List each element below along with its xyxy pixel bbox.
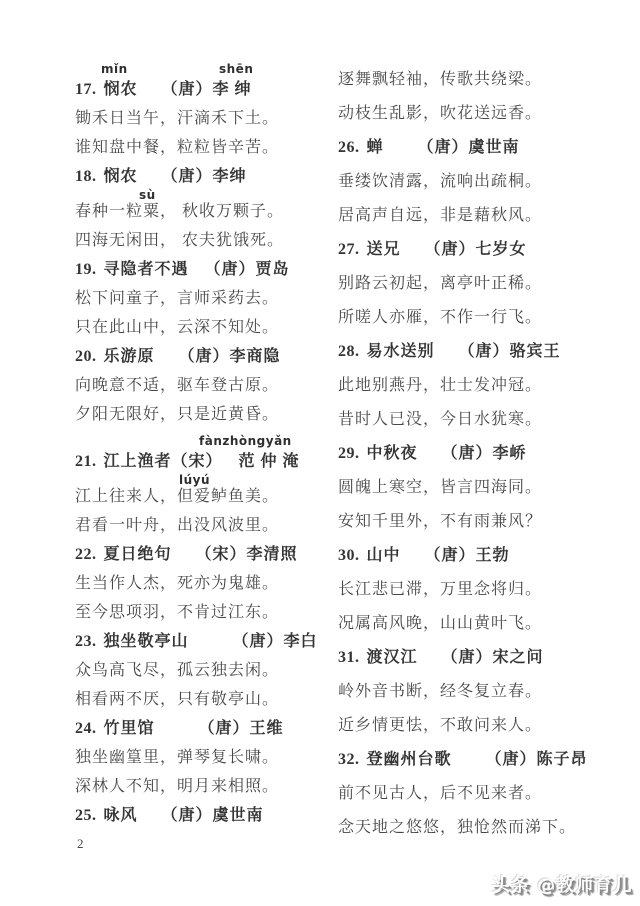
verse-line: 谁知盘中餐，粒粒皆辛苦。	[75, 138, 330, 158]
poem-title: 乐游原	[104, 348, 155, 365]
verse-line: 圆魄上寒空，皆言四海同。	[338, 478, 636, 498]
poem-number: 24.	[75, 720, 97, 737]
poem-title: 登幽州台歌	[367, 751, 452, 768]
poem-title: 易水送别	[367, 343, 435, 360]
poem-title: 寻隐者不遇	[104, 261, 189, 278]
verse-line: 至今思项羽，不肯过江东。	[75, 603, 330, 623]
pinyin-annotation-row: mǐnshēn	[75, 62, 330, 76]
verse-line: 只在此山中，云深不知处。	[75, 318, 330, 338]
poem-number: 25.	[75, 807, 97, 824]
poem-19: 19.寻隐者不遇（唐）贾岛松下问童子，言师采药去。只在此山中，云深不知处。	[75, 260, 330, 338]
poem-title: 送兄	[367, 241, 401, 258]
poem-heading: 27.送兄（唐）七岁女	[338, 240, 636, 260]
verse-line: 此地别燕丹，壮士发冲冠。	[338, 376, 636, 396]
poem-number: 20.	[75, 348, 97, 365]
poem-heading: 26.蝉（唐）虞世南	[338, 138, 636, 158]
poem-author: （唐）虞世南	[418, 139, 520, 156]
poem-heading: 22.夏日绝句（宋）李清照	[75, 545, 330, 565]
poem-heading: 24.竹里馆（唐）王维	[75, 719, 330, 739]
pinyin-annotation: lúyú	[179, 473, 210, 487]
poem-author: （唐）李峤	[442, 445, 527, 462]
poem-title: 山中	[367, 547, 401, 564]
pinyin-annotation: mǐn	[101, 62, 128, 76]
poem-heading: 18.悯农（唐）李绅	[75, 167, 330, 187]
poem-number: 30.	[338, 547, 360, 564]
poem-author: （唐）陈子昂	[486, 751, 588, 768]
verse-line: 生当作人杰，死亦为鬼雄。	[75, 574, 330, 594]
poem-heading: 31.渡汉江（唐）宋之问	[338, 648, 636, 668]
verse-line: 所嗟人亦雁，不作一行飞。	[338, 308, 636, 328]
verse-line: 众鸟高飞尽，孤云独去闲。	[75, 661, 330, 681]
poem-title: 江上渔者（宋）	[104, 453, 223, 470]
verse-line: 春种一粒粟， 秋收万颗子。	[75, 202, 330, 222]
poem-32: 32.登幽州台歌（唐）陈子昂前不见古人，后不见来者。念天地之悠悠，独怆然而涕下。	[338, 750, 636, 838]
verse-line: 相看两不厌，只有敬亭山。	[75, 690, 330, 710]
pinyin-annotation: sù	[139, 188, 156, 202]
poem-number: 18.	[75, 168, 97, 185]
page-number: 2	[77, 836, 84, 852]
poem-31: 31.渡汉江（唐）宋之问岭外音书断，经冬复立春。近乡情更怯，不敢问来人。	[338, 648, 636, 736]
verse-line: 江上往来人，但爱鲈鱼美。	[75, 487, 330, 507]
verse-line: 四海无闲田， 农夫犹饿死。	[75, 231, 330, 251]
pinyin-annotation: fànzhòngyǎn	[199, 434, 292, 448]
pinyin-annotation-row: lúyú	[75, 473, 330, 487]
poem-heading: 19.寻隐者不遇（唐）贾岛	[75, 260, 330, 280]
poem-title: 中秋夜	[367, 445, 418, 462]
poem-26: 26.蝉（唐）虞世南垂缕饮清露，流响出疏桐。居高声自远，非是藉秋风。	[338, 138, 636, 226]
poem-title: 渡汉江	[367, 649, 418, 666]
verse-line: 居高声自远，非是藉秋风。	[338, 206, 636, 226]
verse-line: 逐舞飘轻袖，传歌共绕梁。	[338, 70, 636, 90]
poem-25-continuation: 逐舞飘轻袖，传歌共绕梁。动枝生乱影，吹花送远香。	[338, 70, 636, 124]
poem-23: 23.独坐敬亭山（唐）李白众鸟高飞尽，孤云独去闲。相看两不厌，只有敬亭山。	[75, 632, 330, 710]
poem-number: 31.	[338, 649, 360, 666]
verse-line: 独坐幽篁里，弹琴复长啸。	[75, 748, 330, 768]
verse-line: 安知千里外，不有雨兼风？	[338, 512, 636, 532]
verse-line: 夕阳无限好，只是近黄昏。	[75, 405, 330, 425]
pinyin-annotation-row: sù	[75, 188, 330, 202]
poem-author: （唐）李白	[233, 633, 318, 650]
poem-title: 悯农	[104, 168, 138, 185]
document-page: mǐnshēn17.悯农（唐）李 绅锄禾日当午，汗滴禾下土。谁知盘中餐，粒粒皆辛…	[0, 0, 640, 906]
poem-title: 夏日绝句	[104, 546, 172, 563]
poem-title: 悯农	[104, 81, 138, 98]
poem-author: （唐）宋之问	[442, 649, 544, 666]
poem-24: 24.竹里馆（唐）王维独坐幽篁里，弹琴复长啸。深林人不知，明月来相照。	[75, 719, 330, 797]
poem-number: 28.	[338, 343, 360, 360]
poem-number: 26.	[338, 139, 360, 156]
verse-line: 念天地之悠悠，独怆然而涕下。	[338, 818, 636, 838]
poem-number: 17.	[75, 81, 97, 98]
verse-line: 垂缕饮清露，流响出疏桐。	[338, 172, 636, 192]
poem-number: 29.	[338, 445, 360, 462]
poem-author: （唐）王维	[199, 720, 284, 737]
verse-line: 松下问童子，言师采药去。	[75, 289, 330, 309]
poem-heading: 20.乐游原（唐）李商隐	[75, 347, 330, 367]
verse-line: 动枝生乱影，吹花送远香。	[338, 104, 636, 124]
right-column: 逐舞飘轻袖，传歌共绕梁。动枝生乱影，吹花送远香。26.蝉（唐）虞世南垂缕饮清露，…	[338, 0, 636, 852]
poem-title: 咏风	[104, 807, 138, 824]
poem-number: 21.	[75, 453, 97, 470]
verse-line: 近乡情更怯，不敢问来人。	[338, 716, 636, 736]
poem-17: mǐnshēn17.悯农（唐）李 绅锄禾日当午，汗滴禾下土。谁知盘中餐，粒粒皆辛…	[75, 62, 330, 158]
verse-line: 长江悲已滞，万里念将归。	[338, 580, 636, 600]
poem-heading: 29.中秋夜（唐）李峤	[338, 444, 636, 464]
poem-title: 蝉	[367, 139, 384, 156]
poem-author: （宋）李清照	[196, 546, 298, 563]
poem-heading: 21.江上渔者（宋）范 仲 淹	[75, 452, 330, 472]
verse-line: 锄禾日当午，汗滴禾下土。	[75, 109, 330, 129]
left-column: mǐnshēn17.悯农（唐）李 绅锄禾日当午，汗滴禾下土。谁知盘中餐，粒粒皆辛…	[75, 0, 330, 835]
pinyin-annotation-row: fànzhòngyǎn	[75, 434, 330, 448]
poem-number: 23.	[75, 633, 97, 650]
poem-28: 28.易水送别（唐）骆宾王此地别燕丹，壮士发冲冠。昔时人已没，今日水犹寒。	[338, 342, 636, 430]
poem-author: （唐）李 绅	[162, 81, 252, 98]
watermark: 头条 @教师育儿	[492, 871, 632, 897]
pinyin-annotation: shēn	[219, 62, 253, 76]
poem-29: 29.中秋夜（唐）李峤圆魄上寒空，皆言四海同。安知千里外，不有雨兼风？	[338, 444, 636, 532]
verse-line: 昔时人已没，今日水犹寒。	[338, 410, 636, 430]
verse-line: 况属高风晚，山山黄叶飞。	[338, 614, 636, 634]
poem-title: 竹里馆	[104, 720, 155, 737]
poem-25: 25.咏风（唐）虞世南	[75, 806, 330, 826]
poem-22: 22.夏日绝句（宋）李清照生当作人杰，死亦为鬼雄。至今思项羽，不肯过江东。	[75, 545, 330, 623]
poem-author: （唐）李绅	[162, 168, 247, 185]
poem-number: 27.	[338, 241, 360, 258]
poem-author: （唐）七岁女	[425, 241, 527, 258]
poem-21: fànzhòngyǎn21.江上渔者（宋）范 仲 淹lúyú江上往来人，但爱鲈鱼…	[75, 434, 330, 536]
poem-number: 32.	[338, 751, 360, 768]
verse-line: 君看一叶舟，出没风波里。	[75, 516, 330, 536]
poem-heading: 30.山中（唐）王勃	[338, 546, 636, 566]
poem-20: 20.乐游原（唐）李商隐向晚意不适，驱车登古原。夕阳无限好，只是近黄昏。	[75, 347, 330, 425]
poem-heading: 28.易水送别（唐）骆宾王	[338, 342, 636, 362]
poem-number: 19.	[75, 261, 97, 278]
poem-heading: 25.咏风（唐）虞世南	[75, 806, 330, 826]
poem-author: （唐）骆宾王	[459, 343, 561, 360]
poem-heading: 32.登幽州台歌（唐）陈子昂	[338, 750, 636, 770]
poem-heading: 23.独坐敬亭山（唐）李白	[75, 632, 330, 652]
poem-author: （唐）王勃	[425, 547, 510, 564]
poem-27: 27.送兄（唐）七岁女别路云初起，离亭叶正稀。所嗟人亦雁，不作一行飞。	[338, 240, 636, 328]
poem-heading: 17.悯农（唐）李 绅	[75, 80, 330, 100]
verse-line: 岭外音书断，经冬复立春。	[338, 682, 636, 702]
poem-number: 22.	[75, 546, 97, 563]
verse-line: 向晚意不适，驱车登古原。	[75, 376, 330, 396]
poem-author: 范 仲 淹	[239, 453, 300, 470]
verse-line: 别路云初起，离亭叶正稀。	[338, 274, 636, 294]
poem-title: 独坐敬亭山	[104, 633, 189, 650]
poem-30: 30.山中（唐）王勃长江悲已滞，万里念将归。况属高风晚，山山黄叶飞。	[338, 546, 636, 634]
poem-18: 18.悯农（唐）李绅sù春种一粒粟， 秋收万颗子。四海无闲田， 农夫犹饿死。	[75, 167, 330, 251]
verse-line: 前不见古人，后不见来者。	[338, 784, 636, 804]
poem-author: （唐）虞世南	[162, 807, 264, 824]
poem-author: （唐）李商隐	[179, 348, 281, 365]
verse-line: 深林人不知，明月来相照。	[75, 777, 330, 797]
poem-author: （唐）贾岛	[205, 261, 290, 278]
